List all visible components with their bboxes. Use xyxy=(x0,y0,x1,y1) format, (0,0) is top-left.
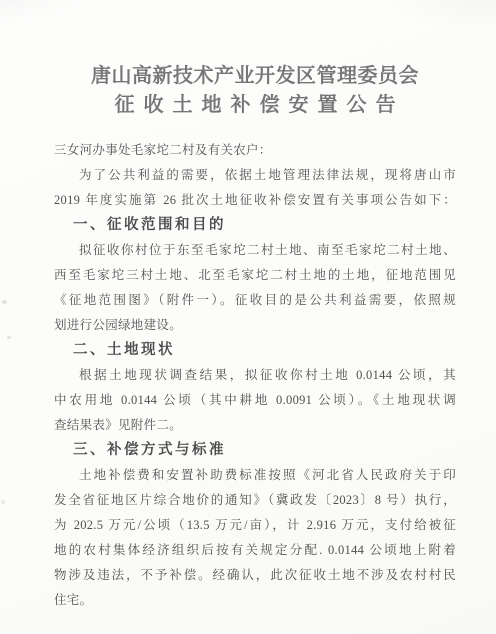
doc-line: 中农用地 0.0144 公顷（其中耕地 0.0091 公顷）。《土地现状调 xyxy=(54,388,456,413)
scanned-page: 唐山高新技术产业开发区管理委员会 征收土地补偿安置公告 三女河办事处毛家坨二村及… xyxy=(0,0,496,634)
doc-line: 为 202.5 万元/公顷（13.5 万元/亩），计 2.916 万元，支付给被… xyxy=(54,513,456,538)
scan-artifact xyxy=(2,300,7,304)
doc-line: 拟征收你村位于东至毛家坨二村土地、南至毛家坨二村土地、 xyxy=(54,238,456,263)
document-body: 三女河办事处毛家坨二村及有关农户： 为了公共利益的需要，依据土地管理法律法规，现… xyxy=(54,138,456,613)
doc-line: 住宅。 xyxy=(54,588,456,613)
doc-line: 查结果表》见附件二。 xyxy=(54,413,456,438)
salutation-line: 三女河办事处毛家坨二村及有关农户： xyxy=(54,138,456,163)
doc-line: 划进行公园绿地建设。 xyxy=(54,313,456,338)
title-organization: 唐山高新技术产业开发区管理委员会 xyxy=(54,62,456,89)
doc-line: 2019 年度实施第 26 批次土地征收补偿安置有关事项公告如下： xyxy=(54,188,456,213)
doc-line: 《征地范围图》（附件一）。征收目的是公共利益需要，依照规 xyxy=(54,288,456,313)
doc-line: 物涉及违法，不予补偿。经确认，此次征收土地不涉及农村村民 xyxy=(54,563,456,588)
doc-line: 土地补偿费和安置补助费标准按照《河北省人民政府关于印 xyxy=(54,463,456,488)
section-heading: 一、征收范围和目的 xyxy=(54,213,456,238)
section-heading: 二、土地现状 xyxy=(54,338,456,363)
doc-line: 为了公共利益的需要，依据土地管理法律法规，现将唐山市 xyxy=(54,163,456,188)
doc-line: 根据土地现状调查结果，拟征收你村土地 0.0144 公顷，其 xyxy=(54,363,456,388)
doc-line: 发全省征地区片综合地价的通知》（冀政发〔2023〕8 号）执行， xyxy=(54,488,456,513)
scan-artifact xyxy=(1,500,5,504)
doc-line: 地的农村集体经济组织后按有关规定分配. 0.0144 公顷地上附着 xyxy=(54,538,456,563)
document-title: 唐山高新技术产业开发区管理委员会 征收土地补偿安置公告 xyxy=(54,62,456,119)
title-subject: 征收土地补偿安置公告 xyxy=(54,89,456,119)
scan-artifact xyxy=(7,336,11,339)
scan-artifact xyxy=(386,0,496,34)
section-heading: 三、补偿方式与标准 xyxy=(54,438,456,463)
scan-artifact xyxy=(0,0,82,22)
doc-line: 西至毛家坨三村土地、北至毛家坨二村土地的土地，征地范围见 xyxy=(54,263,456,288)
